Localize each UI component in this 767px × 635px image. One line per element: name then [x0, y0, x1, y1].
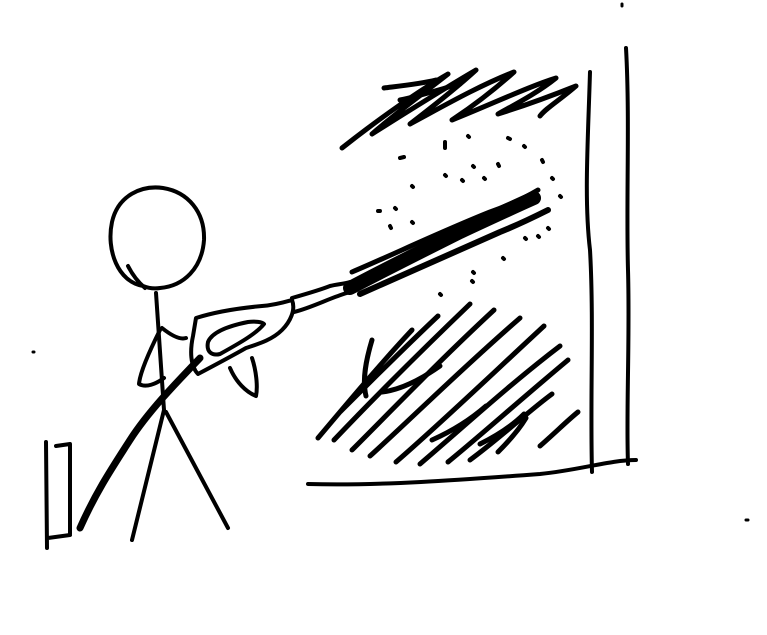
pressure-washing-sketch	[0, 0, 767, 635]
wall-outer-edge	[626, 48, 629, 464]
paper-background	[0, 0, 767, 635]
